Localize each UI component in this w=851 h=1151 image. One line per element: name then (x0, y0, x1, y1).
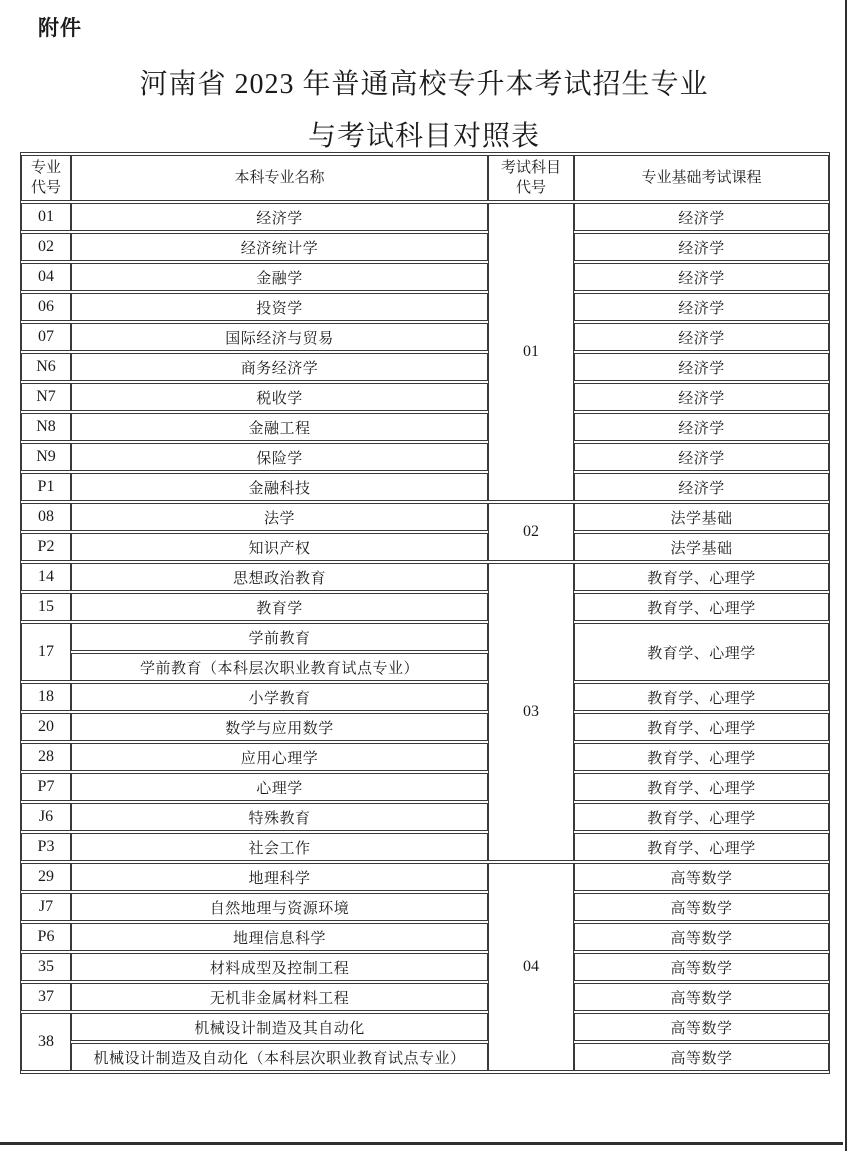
table-row: N8金融工程经济学 (21, 413, 829, 441)
course-cell: 经济学 (574, 473, 829, 501)
major-code-cell: 08 (21, 503, 71, 531)
major-code-cell: 07 (21, 323, 71, 351)
course-cell: 教育学、心理学 (574, 683, 829, 711)
course-cell: 经济学 (574, 383, 829, 411)
table-row: P1金融科技经济学 (21, 473, 829, 501)
table-row: 08法学02法学基础 (21, 503, 829, 531)
major-code-cell: P1 (21, 473, 71, 501)
major-name-cell: 商务经济学 (71, 353, 488, 381)
major-code-cell: J6 (21, 803, 71, 831)
major-name-cell: 经济学 (71, 203, 488, 231)
course-cell: 高等数学 (574, 953, 829, 981)
major-name-cell: 经济统计学 (71, 233, 488, 261)
column-header-major-code: 专业代号 (21, 155, 71, 201)
major-code-cell: P2 (21, 533, 71, 561)
table-row: 37无机非金属材料工程高等数学 (21, 983, 829, 1011)
course-cell: 经济学 (574, 293, 829, 321)
table-row: J7自然地理与资源环境高等数学 (21, 893, 829, 921)
table-row: P6地理信息科学高等数学 (21, 923, 829, 951)
course-cell: 高等数学 (574, 1013, 829, 1041)
major-name-cell: 社会工作 (71, 833, 488, 861)
major-code-cell: 04 (21, 263, 71, 291)
table-row: P3社会工作教育学、心理学 (21, 833, 829, 861)
major-name-cell: 法学 (71, 503, 488, 531)
course-cell: 高等数学 (574, 893, 829, 921)
course-cell: 教育学、心理学 (574, 773, 829, 801)
course-cell: 教育学、心理学 (574, 743, 829, 771)
course-cell: 经济学 (574, 203, 829, 231)
table-header: 专业代号本科专业名称考试科目代号专业基础考试课程 (21, 155, 829, 201)
table-row: P7心理学教育学、心理学 (21, 773, 829, 801)
course-cell: 高等数学 (574, 923, 829, 951)
column-header-exam-code: 考试科目代号 (488, 155, 574, 201)
major-name-cell: 投资学 (71, 293, 488, 321)
table-row: N7税收学经济学 (21, 383, 829, 411)
major-name-cell: 地理信息科学 (71, 923, 488, 951)
table-row: 02经济统计学经济学 (21, 233, 829, 261)
course-cell: 高等数学 (574, 983, 829, 1011)
course-cell: 经济学 (574, 323, 829, 351)
table-row: 38机械设计制造及其自动化高等数学 (21, 1013, 829, 1041)
table-row: 29地理科学04高等数学 (21, 863, 829, 891)
table-row: 18小学教育教育学、心理学 (21, 683, 829, 711)
table-row: 20数学与应用数学教育学、心理学 (21, 713, 829, 741)
course-cell: 高等数学 (574, 1043, 829, 1071)
course-cell: 教育学、心理学 (574, 713, 829, 741)
major-code-cell: P6 (21, 923, 71, 951)
major-name-cell: 教育学 (71, 593, 488, 621)
course-cell: 经济学 (574, 233, 829, 261)
course-cell: 高等数学 (574, 863, 829, 891)
major-name-cell: 自然地理与资源环境 (71, 893, 488, 921)
major-code-cell: P3 (21, 833, 71, 861)
table-row: N6商务经济学经济学 (21, 353, 829, 381)
major-code-cell: 35 (21, 953, 71, 981)
major-code-cell: N6 (21, 353, 71, 381)
course-cell: 经济学 (574, 443, 829, 471)
course-cell: 教育学、心理学 (574, 803, 829, 831)
major-name-cell: 小学教育 (71, 683, 488, 711)
page-frame-bottom (0, 1142, 843, 1145)
table-body: 01经济学01经济学02经济统计学经济学04金融学经济学06投资学经济学07国际… (21, 203, 829, 1071)
major-code-cell: P7 (21, 773, 71, 801)
major-name-cell: 金融学 (71, 263, 488, 291)
course-cell: 经济学 (574, 263, 829, 291)
table-row: 机械设计制造及自动化（本科层次职业教育试点专业）高等数学 (21, 1043, 829, 1071)
column-header-course: 专业基础考试课程 (574, 155, 829, 201)
major-code-cell: 01 (21, 203, 71, 231)
table-row: P2知识产权法学基础 (21, 533, 829, 561)
majors-table: 专业代号本科专业名称考试科目代号专业基础考试课程 01经济学01经济学02经济统… (20, 152, 830, 1074)
major-code-cell: 18 (21, 683, 71, 711)
major-name-cell: 国际经济与贸易 (71, 323, 488, 351)
major-name-cell: 金融工程 (71, 413, 488, 441)
table-row: 35材料成型及控制工程高等数学 (21, 953, 829, 981)
major-name-cell: 保险学 (71, 443, 488, 471)
major-name-cell: 材料成型及控制工程 (71, 953, 488, 981)
course-cell: 法学基础 (574, 503, 829, 531)
major-code-cell: N9 (21, 443, 71, 471)
major-code-cell: 15 (21, 593, 71, 621)
exam-code-cell: 02 (488, 503, 574, 561)
table-row: 17学前教育教育学、心理学 (21, 623, 829, 651)
major-name-cell: 知识产权 (71, 533, 488, 561)
course-cell: 法学基础 (574, 533, 829, 561)
major-code-cell: J7 (21, 893, 71, 921)
major-name-cell: 思想政治教育 (71, 563, 488, 591)
major-code-cell: 37 (21, 983, 71, 1011)
table-row: N9保险学经济学 (21, 443, 829, 471)
major-name-cell: 学前教育（本科层次职业教育试点专业） (71, 653, 488, 681)
table-row: 04金融学经济学 (21, 263, 829, 291)
table-row: 07国际经济与贸易经济学 (21, 323, 829, 351)
table-row: 06投资学经济学 (21, 293, 829, 321)
major-name-cell: 数学与应用数学 (71, 713, 488, 741)
major-name-cell: 应用心理学 (71, 743, 488, 771)
page-title-line2: 与考试科目对照表 (20, 114, 828, 154)
exam-code-cell: 04 (488, 863, 574, 1071)
major-name-cell: 机械设计制造及其自动化 (71, 1013, 488, 1041)
major-name-cell: 机械设计制造及自动化（本科层次职业教育试点专业） (71, 1043, 488, 1071)
course-cell: 经济学 (574, 413, 829, 441)
document-page: 附件 河南省 2023 年普通高校专升本考试招生专业 与考试科目对照表 专业代号… (0, 0, 851, 1151)
course-cell: 教育学、心理学 (574, 593, 829, 621)
major-name-cell: 地理科学 (71, 863, 488, 891)
major-code-cell: 14 (21, 563, 71, 591)
major-code-cell: 28 (21, 743, 71, 771)
major-name-cell: 无机非金属材料工程 (71, 983, 488, 1011)
exam-code-cell: 01 (488, 203, 574, 501)
table-row: 28应用心理学教育学、心理学 (21, 743, 829, 771)
major-code-cell: 38 (21, 1013, 71, 1071)
major-code-cell: 17 (21, 623, 71, 681)
major-code-cell: N7 (21, 383, 71, 411)
course-cell: 教育学、心理学 (574, 623, 829, 681)
major-code-cell: 20 (21, 713, 71, 741)
page-frame-right (845, 0, 847, 1151)
course-cell: 教育学、心理学 (574, 563, 829, 591)
page-title-line1: 河南省 2023 年普通高校专升本考试招生专业 (20, 62, 828, 102)
major-code-cell: 06 (21, 293, 71, 321)
table-row: J6特殊教育教育学、心理学 (21, 803, 829, 831)
major-name-cell: 税收学 (71, 383, 488, 411)
major-code-cell: 02 (21, 233, 71, 261)
course-cell: 经济学 (574, 353, 829, 381)
major-name-cell: 学前教育 (71, 623, 488, 651)
table-row: 01经济学01经济学 (21, 203, 829, 231)
major-code-cell: 29 (21, 863, 71, 891)
table-row: 15教育学教育学、心理学 (21, 593, 829, 621)
major-name-cell: 特殊教育 (71, 803, 488, 831)
exam-code-cell: 03 (488, 563, 574, 861)
course-cell: 教育学、心理学 (574, 833, 829, 861)
table-row: 14思想政治教育03教育学、心理学 (21, 563, 829, 591)
major-code-cell: N8 (21, 413, 71, 441)
major-name-cell: 心理学 (71, 773, 488, 801)
major-name-cell: 金融科技 (71, 473, 488, 501)
attachment-label: 附件 (38, 12, 82, 42)
column-header-major-name: 本科专业名称 (71, 155, 488, 201)
